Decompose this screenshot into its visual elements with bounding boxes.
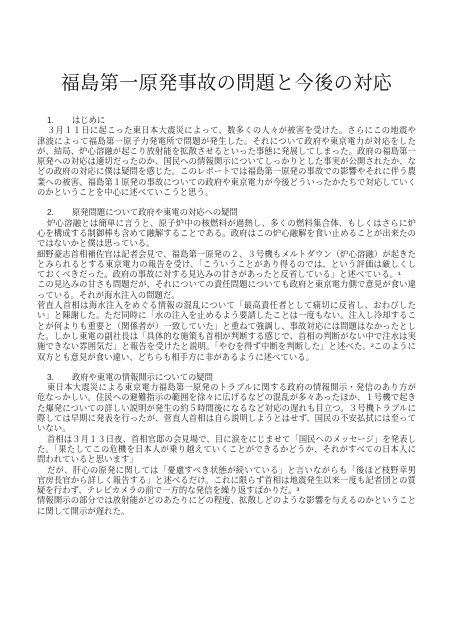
page-title: 福島第一原発事故の問題と今後の対応 <box>37 68 416 95</box>
paragraph: 首相は３月１３日夜、首相官邸の会見場で、目に涙をにじませて「国民へのメッセージ」… <box>37 434 416 465</box>
section-heading: 2.原発問題について政府や東電の対応への疑問 <box>37 207 416 217</box>
section-number: 1. <box>47 115 72 125</box>
paragraph: 東日本大震災による東京電力福島第一原発のトラブルに関する政府の情報開示・発信のあ… <box>37 382 416 433</box>
paragraph: 菅直人首相は海水注入をめぐる情報の混乱について「最高責任者として痛切に反省し、お… <box>37 300 416 362</box>
section-introduction: 1.はじめに ３月１１日に起こった東日本大震災によって、数多くの人々が被害を受け… <box>37 115 416 197</box>
section-heading-text: 政府や東電の情報開示についての疑問 <box>72 372 213 382</box>
section-heading-text: 原発問題について政府や東電の対応への疑問 <box>72 207 238 217</box>
section-number: 3. <box>47 372 72 382</box>
section-heading: 3.政府や東電の情報開示についての疑問 <box>37 372 416 382</box>
paragraph: 細野豪志首相補佐官は記者会見で、福島第一原発の２、３号機もメルトダウン（炉心溶融… <box>37 249 416 280</box>
section-government-response-doubts: 2.原発問題について政府や東電の対応への疑問 炉心溶融とは簡単に言うと、原子炉中… <box>37 207 416 361</box>
paragraph: この見込みの甘さも問題だが、それについての責任問題についても政府と東京電力側で意… <box>37 279 416 300</box>
section-heading-text: はじめに <box>72 115 105 125</box>
paragraph: ３月１１日に起こった東日本大震災によって、数多くの人々が被害を受けた。さらにこの… <box>37 125 416 197</box>
paragraph: だが、肝心の原発に関しては「憂慮すべき状態が続いている」と言いながらも「後ほど枝… <box>37 465 416 496</box>
section-heading: 1.はじめに <box>37 115 416 125</box>
paragraph: 炉心溶融とは簡単に言うと、原子炉中の核燃料が過熱し、多くの燃料集合体、もしくはさ… <box>37 218 416 249</box>
section-number: 2. <box>47 207 72 217</box>
paragraph: 情報開示の部分では放射能がどのあたりにどの程度、拡散しどのような影響を与えるのか… <box>37 495 416 516</box>
section-information-disclosure-doubts: 3.政府や東電の情報開示についての疑問 東日本大震災による東京電力福島第一原発の… <box>37 372 416 516</box>
document-page: 福島第一原発事故の問題と今後の対応 1.はじめに ３月１１日に起こった東日本大震… <box>0 0 453 640</box>
